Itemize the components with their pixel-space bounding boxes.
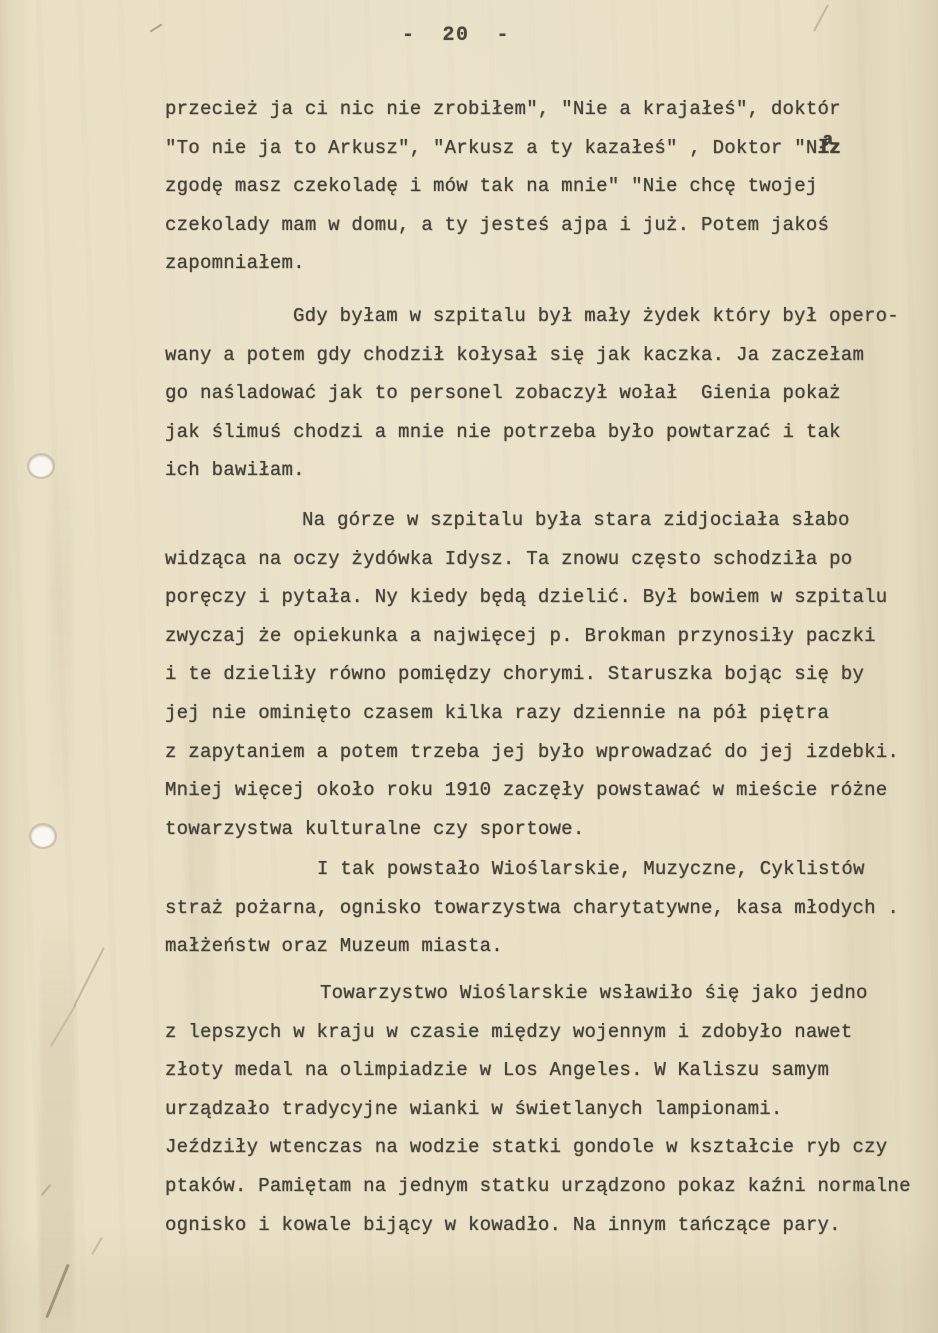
pencil-mark: [50, 1005, 76, 1047]
pencil-mark: [150, 23, 163, 32]
text-line: wany a potem gdy chodził kołysał się jak…: [165, 336, 925, 375]
pencil-mark: [813, 4, 829, 31]
text-line: zwyczaj że opiekunka a najwięcej p. Brok…: [165, 617, 925, 656]
text-line: ognisko i kowale bijący w kowadło. Na in…: [165, 1206, 925, 1245]
text-line: złoty medal na olimpiadzie w Los Angeles…: [165, 1051, 925, 1090]
text-line: ich bawiłam.: [165, 451, 925, 490]
text-line: Jeździły wtenczas na wodzie statki gondo…: [165, 1128, 925, 1167]
hole-punch-top: [29, 455, 53, 477]
pencil-mark: [73, 947, 105, 1007]
text-segment: "To nie ja to Arkusz", "Arkusz a ty kaza…: [165, 137, 818, 159]
text-line: I tak powstało Wioślarskie, Muzyczne, Cy…: [165, 850, 925, 889]
text-line: zgodę masz czekoladę i mów tak na mnie" …: [165, 167, 925, 206]
page-number: - 20 -: [402, 24, 510, 47]
text-line: widząca na oczy żydówka Idysz. Ta znowu …: [165, 540, 925, 579]
text-line: Na górze w szpitalu była stara zidjociał…: [165, 501, 925, 540]
pencil-mark: [41, 1184, 52, 1196]
text-line: i te dzieliły równo pomiędzy chorymi. St…: [165, 655, 925, 694]
text-line: jej nie ominięto czasem kilka razy dzien…: [165, 694, 925, 733]
paragraph: I tak powstało Wioślarskie, Muzyczne, Cy…: [165, 850, 925, 966]
text-line: go naśladować jak to personel zobaczył w…: [165, 374, 925, 413]
text-line: czekolady mam w domu, a ty jesteś ajpa i…: [165, 206, 925, 245]
text-line: przecież ja ci nic nie zrobiłem", "Nie a…: [165, 90, 925, 129]
text-line: z lepszych w kraju w czasie między wojen…: [165, 1013, 925, 1052]
pencil-mark: [45, 1264, 70, 1319]
text-line: jak ślimuś chodzi a mnie nie potrzeba by…: [165, 413, 925, 452]
paper-streak: [50, 420, 72, 850]
text-line: ptaków. Pamiętam na jednym statku urządz…: [165, 1167, 925, 1206]
overtype-correction: łza: [818, 137, 841, 159]
text-line: Mniej więcej około roku 1910 zaczęły pow…: [165, 771, 925, 810]
text-line: "To nie ja to Arkusz", "Arkusz a ty kaza…: [165, 129, 925, 168]
correction-superscript: a: [823, 122, 833, 161]
text-line: straż pożarna, ognisko towarzystwa chary…: [165, 889, 925, 928]
text-line: Gdy byłam w szpitalu był mały żydek któr…: [165, 297, 925, 336]
paragraph: Na górze w szpitalu była stara zidjociał…: [165, 501, 925, 848]
text-line: towarzystwa kulturalne czy sportowe.: [165, 810, 925, 849]
hole-punch-bottom: [31, 825, 55, 847]
pencil-mark: [91, 1237, 103, 1255]
text-line: urządzało tradycyjne wianki w świetlanyc…: [165, 1090, 925, 1129]
paragraph: Gdy byłam w szpitalu był mały żydek któr…: [165, 297, 925, 490]
paper-streak: [40, 920, 74, 1333]
text-line: poręczy i pytała. Ny kiedy będą dzielić.…: [165, 578, 925, 617]
text-line: małżeństw oraz Muzeum miasta.: [165, 927, 925, 966]
text-line: zapomniałem.: [165, 244, 925, 283]
text-line: Towarzystwo Wioślarskie wsławiło śię jak…: [165, 974, 925, 1013]
text-line: z zapytaniem a potem trzeba jej było wpr…: [165, 733, 925, 772]
typescript-body: przecież ja ci nic nie zrobiłem", "Nie a…: [165, 90, 925, 1244]
paragraph: Towarzystwo Wioślarskie wsławiło śię jak…: [165, 974, 925, 1244]
paragraph: przecież ja ci nic nie zrobiłem", "Nie a…: [165, 90, 925, 283]
document-sheet: - 20 - przecież ja ci nic nie zrobiłem",…: [0, 0, 938, 1333]
